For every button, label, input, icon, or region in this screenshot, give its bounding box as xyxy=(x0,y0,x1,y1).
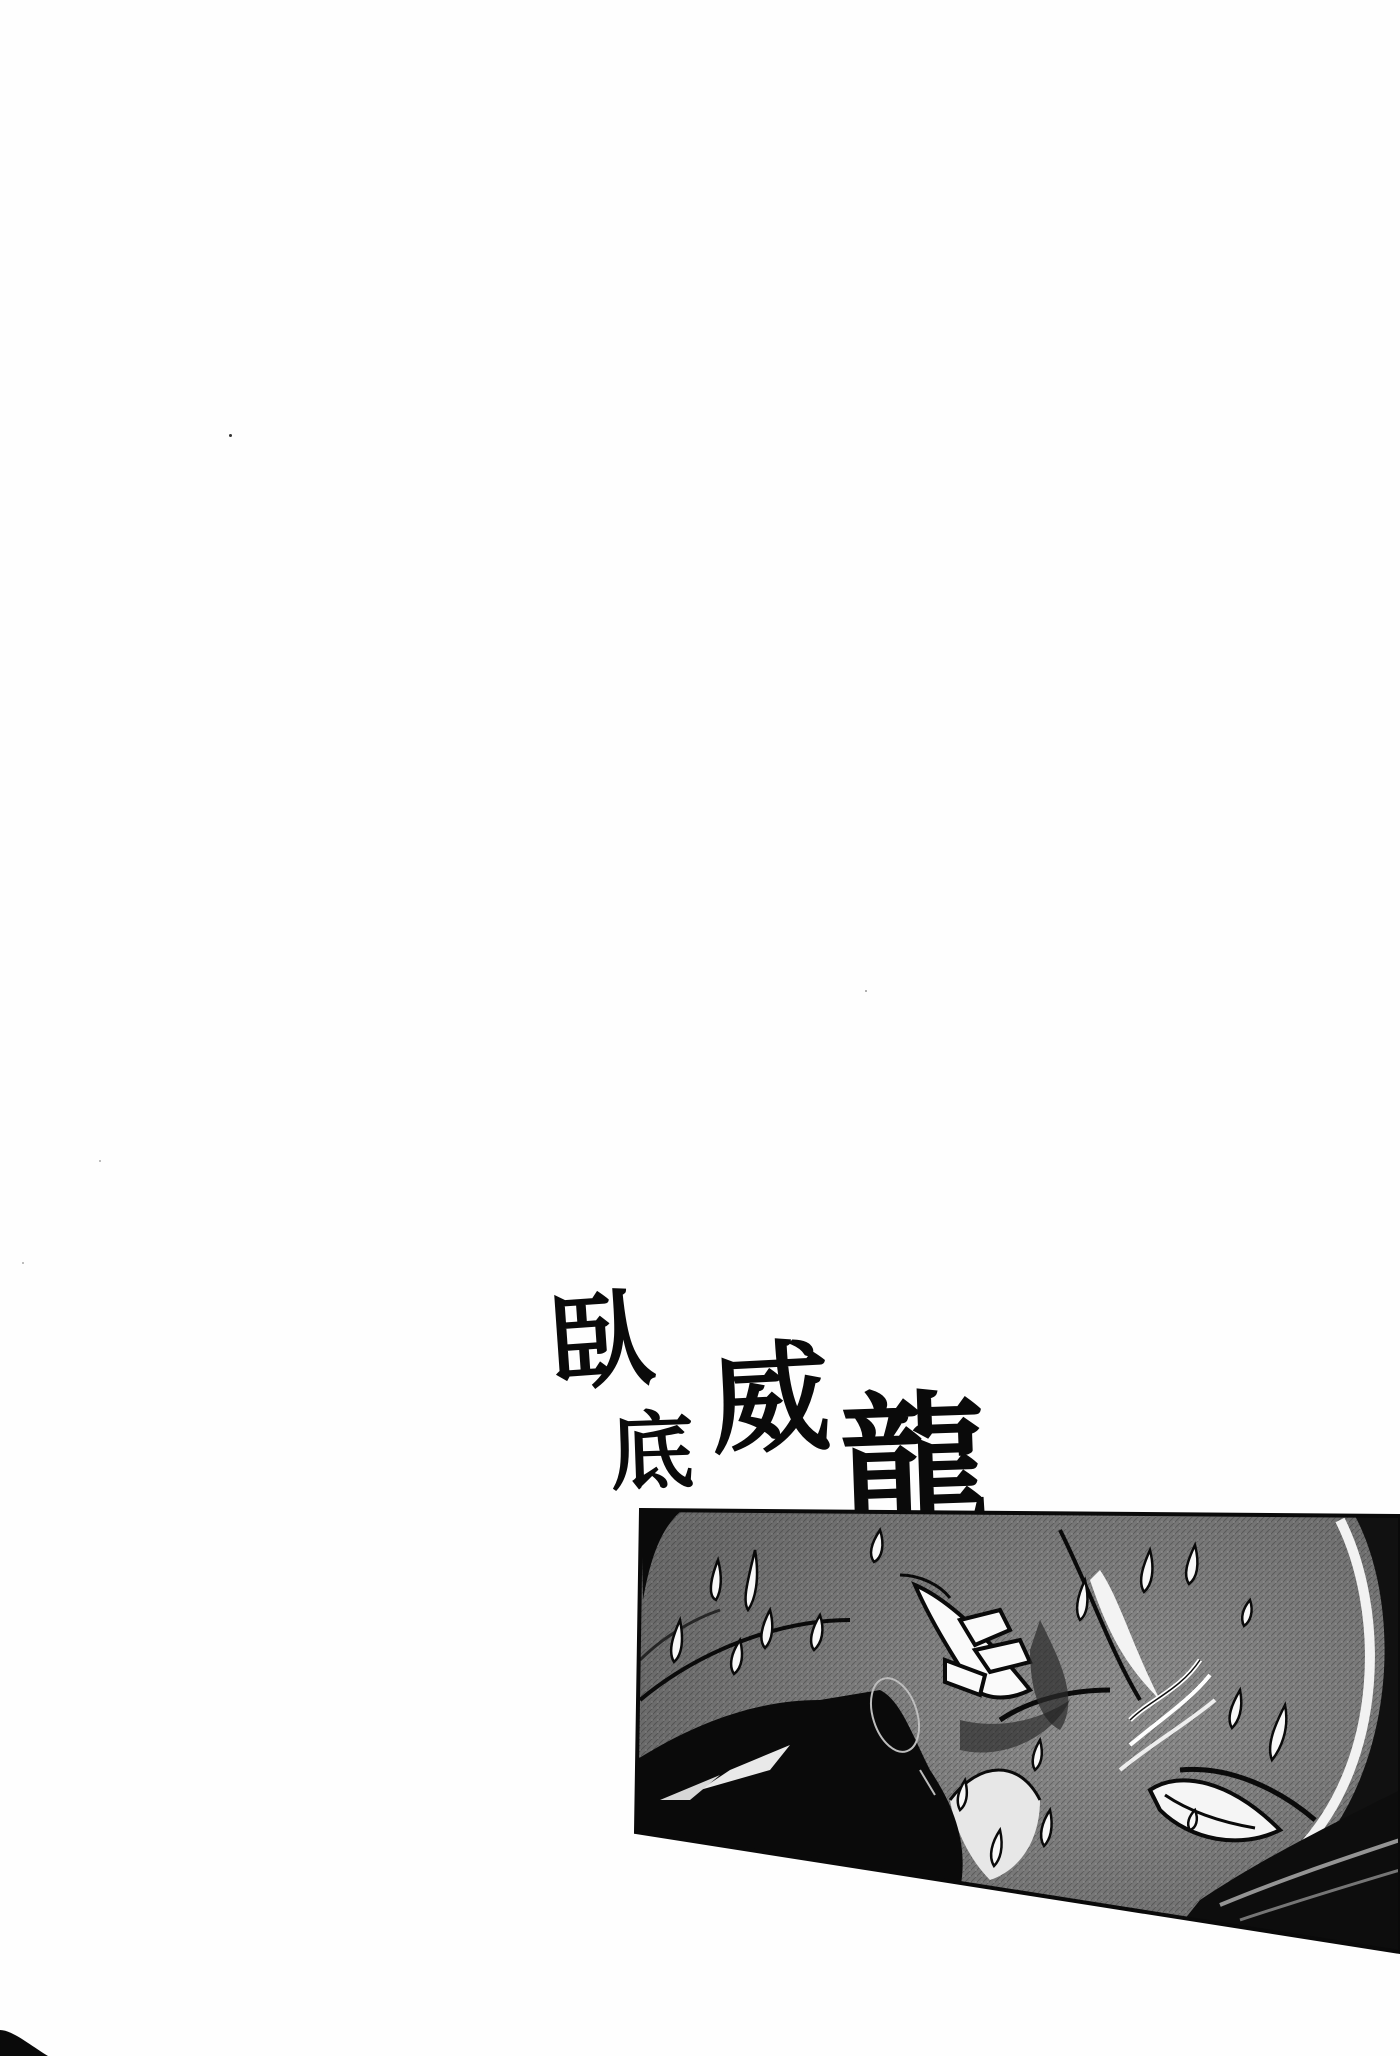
page-corner-mark xyxy=(0,2030,48,2056)
manga-panel xyxy=(0,0,1400,2056)
manga-page: 臥 底 威 龍 xyxy=(0,0,1400,2056)
